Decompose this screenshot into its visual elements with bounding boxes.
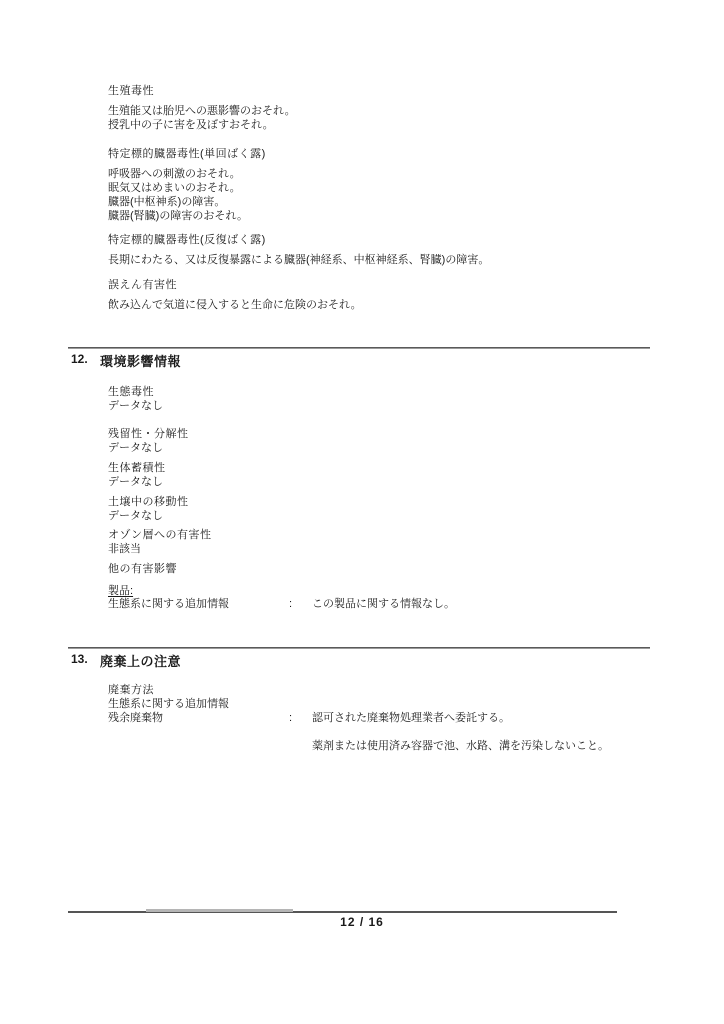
persistence-value: データなし — [108, 442, 163, 455]
product-label: 製品: — [108, 585, 133, 598]
soil-mobility-value: データなし — [108, 510, 163, 523]
ozone-hazard-label: オゾン層への有害性 — [108, 529, 212, 542]
section-divider-rule — [68, 647, 650, 649]
eco-toxicity-value: データなし — [108, 400, 163, 413]
footer-rule-scan-artifact — [146, 909, 293, 912]
eco-additional-info-label: 生態系に関する追加情報 — [108, 598, 229, 611]
stot-single-heading: 特定標的臓器毒性(単回ばく露) — [108, 148, 266, 161]
ozone-hazard-value: 非該当 — [108, 543, 141, 556]
disposal-eco-additional-label: 生態系に関する追加情報 — [108, 698, 229, 711]
eco-additional-info-value: この製品に関する情報なし。 — [312, 598, 455, 611]
aspiration-hazard-line: 飲み込んで気道に侵入すると生命に危険のおそれ。 — [108, 299, 362, 312]
section-divider-rule — [68, 347, 650, 349]
eco-additional-info-colon: : — [289, 598, 292, 611]
bioaccumulation-value: データなし — [108, 476, 163, 489]
stot-repeated-heading: 特定標的臓器毒性(反復ばく露) — [108, 234, 266, 247]
stot-repeated-line: 長期にわたる、又は反復暴露による臓器(神経系、中枢神経系、腎臓)の障害。 — [108, 254, 489, 267]
reproductive-toxicity-heading: 生殖毒性 — [108, 85, 154, 98]
disposal-method-heading: 廃棄方法 — [108, 684, 154, 697]
persistence-label: 残留性・分解性 — [108, 428, 189, 441]
stot-single-line: 臓器(中枢神系)の障害。 — [108, 196, 225, 209]
soil-mobility-label: 土壌中の移動性 — [108, 496, 189, 509]
page-number: 12 / 16 — [0, 915, 724, 929]
section-12-title: 環境影響情報 — [100, 351, 181, 370]
reproductive-toxicity-line: 授乳中の子に害を及ぼすおそれ。 — [108, 119, 274, 132]
residual-waste-label: 残余廃棄物 — [108, 712, 163, 725]
stot-single-line: 呼吸器への刺激のおそれ。 — [108, 168, 241, 181]
disposal-note-line: 薬剤または使用済み容器で池、水路、溝を汚染しないこと。 — [312, 740, 609, 753]
section-13-title: 廃棄上の注意 — [100, 651, 181, 670]
other-adverse-effects-heading: 他の有害影響 — [108, 563, 177, 576]
residual-waste-colon: : — [289, 712, 292, 725]
stot-single-line: 臓器(腎臓)の障害のおそれ。 — [108, 210, 248, 223]
aspiration-hazard-heading: 誤えん有害性 — [108, 279, 177, 292]
bioaccumulation-label: 生体蓄積性 — [108, 462, 166, 475]
sds-document-page: 生殖毒性 生殖能又は胎児への悪影響のおそれ。 授乳中の子に害を及ぼすおそれ。 特… — [0, 0, 724, 1024]
stot-single-line: 眠気又はめまいのおそれ。 — [108, 182, 241, 195]
reproductive-toxicity-line: 生殖能又は胎児への悪影響のおそれ。 — [108, 105, 296, 118]
residual-waste-value: 認可された廃棄物処理業者へ委託する。 — [312, 712, 510, 725]
section-12-number: 12. — [71, 352, 88, 366]
eco-toxicity-label: 生態毒性 — [108, 386, 154, 399]
section-13-number: 13. — [71, 652, 88, 666]
